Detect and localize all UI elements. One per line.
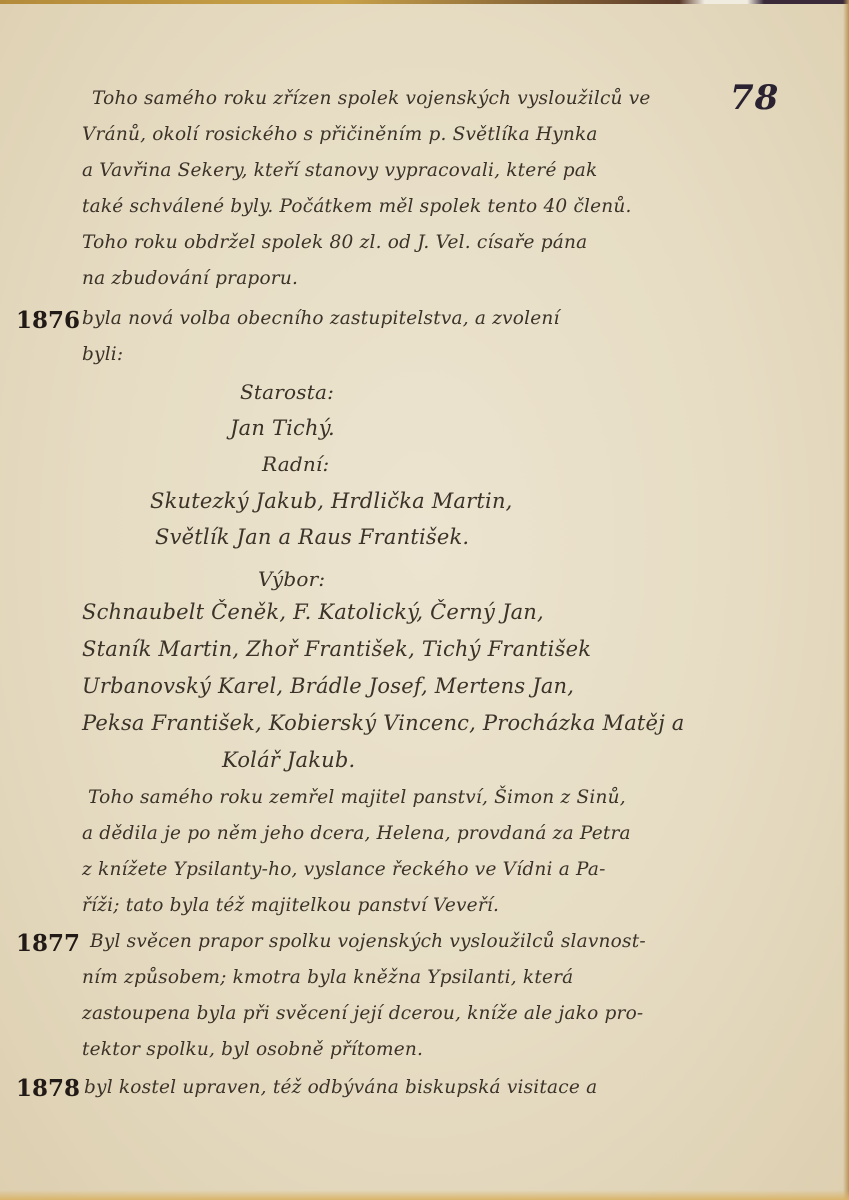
text-line: Byl svěcen prapor spolku vojenských vysl… <box>90 931 646 952</box>
text-line: Toho samého roku zemřel majitel panství,… <box>88 787 626 808</box>
text-line: také schválené byly. Počátkem měl spolek… <box>82 196 632 217</box>
radni-heading: Radní: <box>262 452 329 476</box>
page-number: 78 <box>730 78 779 118</box>
vybor-line: Staník Martin, Zhoř František, Tichý Fra… <box>82 637 591 661</box>
text-line: a dědila je po něm jeho dcera, Helena, p… <box>82 823 631 844</box>
text-line: Vránů, okolí rosického s přičiněním p. S… <box>82 124 598 145</box>
vybor-line: Kolář Jakub. <box>222 748 355 772</box>
text-line: z knížete Ypsilanty-ho, vyslance řeckého… <box>82 859 606 880</box>
text-line: byli: <box>82 344 123 365</box>
text-line: tektor spolku, byl osobně přítomen. <box>82 1039 423 1060</box>
page-right-edge <box>843 0 849 1200</box>
year-label-1878: 1878 <box>16 1075 80 1102</box>
starosta-name: Jan Tichý. <box>230 416 335 440</box>
page-top-edge <box>0 0 849 4</box>
radni-line: Skutezký Jakub, Hrdlička Martin, <box>150 489 513 513</box>
year-label-1876: 1876 <box>16 307 80 334</box>
page-bottom-edge <box>0 1190 849 1200</box>
vybor-heading: Výbor: <box>258 567 325 591</box>
text-line: říži; tato byla též majitelkou panství V… <box>82 895 499 916</box>
radni-line: Světlík Jan a Raus František. <box>155 525 469 549</box>
text-line: Toho samého roku zřízen spolek vojenskýc… <box>92 88 651 109</box>
text-line: ním způsobem; kmotra byla kněžna Ypsilan… <box>82 967 573 988</box>
vybor-line: Peksa František, Kobierský Vincenc, Proc… <box>82 711 685 735</box>
text-line: Toho roku obdržel spolek 80 zl. od J. Ve… <box>82 232 587 253</box>
starosta-heading: Starosta: <box>240 380 334 404</box>
text-line: zastoupena byla při svěcení její dcerou,… <box>82 1003 643 1024</box>
text-line: byl kostel upraven, též odbývána biskups… <box>84 1077 597 1098</box>
vybor-line: Urbanovský Karel, Brádle Josef, Mertens … <box>82 674 574 698</box>
text-line: a Vavřina Sekery, kteří stanovy vypracov… <box>82 160 597 181</box>
text-line: na zbudování praporu. <box>82 268 298 289</box>
vybor-line: Schnaubelt Čeněk, F. Katolický, Černý Ja… <box>82 600 544 624</box>
manuscript-page: 78 Toho samého roku zřízen spolek vojens… <box>0 0 849 1200</box>
text-line: byla nová volba obecního zastupitelstva,… <box>82 308 560 329</box>
year-label-1877: 1877 <box>16 930 80 957</box>
